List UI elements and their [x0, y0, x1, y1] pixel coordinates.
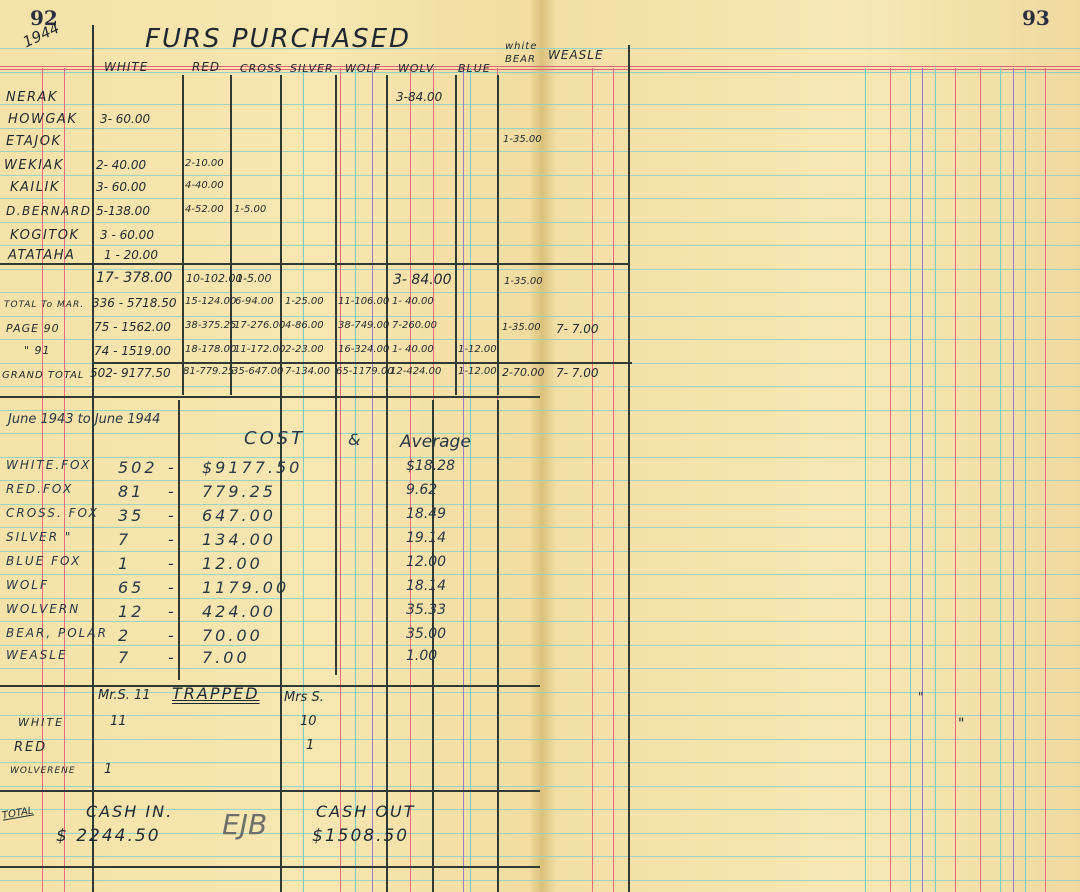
cell-red: 2-10.00 — [185, 158, 224, 169]
fur-name: RED.FOX — [6, 482, 73, 496]
trapped-fur: RED — [14, 740, 47, 755]
row-dash: - — [168, 554, 174, 573]
cell-white: 502- 9177.50 — [90, 366, 171, 380]
ruled-line — [0, 339, 1080, 340]
cell-silver: 2-23.00 — [285, 344, 324, 355]
ruled-line — [0, 527, 1080, 528]
ruled-line — [0, 833, 1080, 834]
ruled-line — [0, 739, 1080, 740]
ruled-line — [0, 480, 1080, 481]
trapped-mr-count: 11 — [110, 714, 127, 729]
col-header-blue: BLUE — [458, 62, 491, 75]
fur-count: 35 — [118, 506, 144, 525]
cost-header: COST — [244, 428, 305, 449]
row-dash: - — [168, 458, 174, 477]
cell-red: 4-52.00 — [185, 204, 224, 215]
cell-cross: 1-5.00 — [234, 204, 266, 215]
trapped-mrs-label: Mrs S. — [284, 690, 324, 705]
ruled-line — [0, 762, 1080, 763]
fur-cost: 779.25 — [202, 482, 276, 501]
col-header-cross: CROSS — [240, 62, 283, 75]
fur-count: 7 — [118, 648, 131, 667]
cell-bear: 1-35.00 — [502, 322, 541, 333]
cell-bear: 2-70.00 — [502, 366, 544, 379]
trader-name: ATATAHA — [8, 248, 75, 263]
col-header-wolv: WOLV — [398, 62, 434, 75]
trapped-title: TRAPPED — [172, 684, 260, 703]
row-dash: - — [168, 578, 174, 597]
col-header-weasle: WEASLE — [548, 48, 604, 62]
initials: EJB — [222, 808, 267, 841]
cell-white: 3- 60.00 — [100, 112, 150, 126]
trapped-fur: WOLVERENE — [10, 766, 76, 776]
fur-name: BEAR, POLAR — [6, 626, 108, 640]
cell-white: 2- 40.00 — [96, 158, 146, 172]
row-label: " 91 — [24, 344, 51, 357]
ruled-line — [0, 574, 1080, 575]
fur-count: 1 — [118, 554, 131, 573]
ditto-mark: " — [958, 716, 964, 732]
cell-wolv: 1- 40.00 — [392, 344, 434, 355]
cell-silver: 4-86.00 — [285, 320, 324, 331]
cell-bear: 1-35.00 — [503, 134, 542, 145]
ruled-line — [0, 292, 1080, 293]
ruled-line — [0, 551, 1080, 552]
total-rule — [0, 263, 630, 265]
fur-count: 2 — [118, 626, 131, 645]
fur-count: 12 — [118, 602, 144, 621]
trader-name: ETAJOK — [6, 134, 61, 149]
cell-red: 38-375.25 — [185, 320, 236, 331]
ditto-mark: " — [918, 690, 924, 704]
ruled-line — [0, 433, 1080, 434]
cell-white: 1 - 20.00 — [104, 248, 158, 262]
ruled-line — [0, 880, 1080, 881]
ruled-line — [0, 245, 1080, 246]
cell-wolv: 3- 84.00 — [393, 272, 452, 288]
fur-name: WOLVERN — [6, 602, 80, 616]
ruled-line — [0, 222, 1080, 223]
cash-in-label: CASH IN. — [86, 802, 173, 821]
cell-red: 18-178.00 — [185, 344, 236, 355]
fur-name: WHITE.FOX — [6, 458, 91, 472]
cell-wolv: 12-424.00 — [390, 366, 441, 377]
fur-average: 35.33 — [406, 602, 446, 618]
header-rule — [0, 66, 1080, 67]
cell-red: 81-779.25 — [183, 366, 234, 377]
cell-white: 336 - 5718.50 — [92, 296, 177, 310]
cash-in-value: $ 2244.50 — [56, 826, 161, 846]
cell-weasle: 7- 7.00 — [556, 366, 599, 380]
ink-column-line — [92, 25, 94, 892]
fur-count: 7 — [118, 530, 131, 549]
fur-average: $18.28 — [406, 458, 455, 474]
right-page-number: 93 — [1022, 6, 1050, 30]
row-dash: - — [168, 482, 174, 501]
ruled-line — [0, 856, 1080, 857]
cell-cross: 35-647.00 — [232, 366, 283, 377]
row-dash: - — [168, 648, 174, 667]
ruled-line — [0, 198, 1080, 199]
fur-name: CROSS. FOX — [6, 506, 99, 520]
col-header-bear: white BEAR — [505, 40, 541, 66]
trapped-mrs-count: 1 — [306, 738, 314, 753]
cell-white: 74 - 1519.00 — [94, 344, 171, 358]
fur-cost: 647.00 — [202, 506, 276, 525]
cell-wolv: 7-260.00 — [392, 320, 437, 331]
cell-silver: 7-134.00 — [285, 366, 330, 377]
row-dash: - — [168, 626, 174, 645]
trapped-mrs-count: 10 — [300, 714, 317, 729]
row-label: PAGE 90 — [6, 322, 60, 335]
row-dash: - — [168, 602, 174, 621]
cell-cross: 6-94.00 — [235, 296, 274, 307]
ruled-line — [0, 504, 1080, 505]
fur-cost: 424.00 — [202, 602, 276, 621]
year-note: 1944 — [20, 19, 62, 51]
ruled-line — [0, 621, 1080, 622]
fur-average: 12.00 — [406, 554, 446, 570]
col-header-wolf: WOLF — [345, 62, 381, 75]
trader-name: WEKIAK — [4, 158, 64, 173]
cell-white: 75 - 1562.00 — [94, 320, 171, 334]
page-title: FURS PURCHASED — [145, 24, 411, 54]
row-dash: - — [168, 506, 174, 525]
ruled-line — [0, 457, 1080, 458]
header-rule — [0, 72, 1080, 73]
fur-name: BLUE FOX — [6, 554, 81, 568]
fur-cost: $9177.50 — [202, 458, 302, 477]
ruled-line — [0, 316, 1080, 317]
fur-average: 19.14 — [406, 530, 446, 546]
cash-out-label: CASH OUT — [316, 802, 415, 821]
header-rule — [0, 69, 1080, 70]
ampersand: & — [348, 430, 360, 449]
trader-name: KOGITOK — [10, 228, 80, 243]
ruled-line — [0, 175, 1080, 176]
cell-white: 3 - 60.00 — [100, 228, 154, 242]
trapped-mr-count: 1 — [104, 762, 112, 777]
fur-count: 81 — [118, 482, 144, 501]
ruled-line — [0, 410, 1080, 411]
fur-cost: 70.00 — [202, 626, 263, 645]
ruled-line — [0, 786, 1080, 787]
fur-average: 18.14 — [406, 578, 446, 594]
cell-wolf: 16-324.00 — [338, 344, 389, 355]
fur-cost: 134.00 — [202, 530, 276, 549]
cell-blue: 1-12.00 — [458, 366, 497, 377]
trader-name: KAILIK — [10, 180, 60, 195]
ruled-line — [0, 151, 1080, 152]
cell-white: 17- 378.00 — [96, 270, 172, 286]
trader-name: D.BERNARD — [6, 204, 91, 218]
fur-name: WOLF — [6, 578, 49, 592]
col-header-silver: SILVER — [290, 62, 334, 75]
cell-silver: 1-25.00 — [285, 296, 324, 307]
fur-name: SILVER " — [6, 530, 72, 544]
ruled-line — [0, 128, 1080, 129]
cash-out-value: $1508.50 — [312, 826, 409, 846]
cell-red: 15-124.00 — [185, 296, 236, 307]
cell-white: 5-138.00 — [96, 204, 150, 218]
cell-red: 10-102.00 — [186, 272, 242, 285]
ruled-line — [0, 104, 1080, 105]
fur-count: 65 — [118, 578, 144, 597]
ruled-line — [0, 598, 1080, 599]
grand-total-rule — [0, 396, 540, 398]
cell-cross: 17-276.00 — [234, 320, 285, 331]
fur-count: 502 — [118, 458, 158, 477]
fur-average: 35.00 — [406, 626, 446, 642]
total-label: TOTAL — [1, 805, 34, 821]
fur-cost: 1179.00 — [202, 578, 289, 597]
trapped-fur: WHITE — [18, 716, 64, 729]
trapped-mr-label: Mr.S. 11 — [98, 688, 151, 703]
cell-blue: 1-12.00 — [458, 344, 497, 355]
cell-wolv: 3-84.00 — [396, 90, 442, 104]
col-header-white: WHITE — [104, 60, 148, 74]
cell-red: 4-40.00 — [185, 180, 224, 191]
col-header-red: RED — [192, 60, 220, 74]
row-dash: - — [168, 530, 174, 549]
fur-average: 1.00 — [406, 648, 437, 664]
fur-average: 9.62 — [406, 482, 437, 498]
fur-cost: 7.00 — [202, 648, 250, 667]
trader-name: NERAK — [6, 90, 58, 105]
fur-average: 18.49 — [406, 506, 446, 522]
cell-wolv: 1- 40.00 — [392, 296, 434, 307]
ruled-line — [0, 386, 1080, 387]
cell-white: 3- 60.00 — [96, 180, 146, 194]
cell-weasle: 7- 7.00 — [556, 322, 599, 336]
cell-cross: 11-172.00 — [234, 344, 285, 355]
ruled-line — [0, 668, 1080, 669]
row-label: TOTAL To MAR. — [4, 300, 84, 310]
period-label: June 1943 to June 1944 — [8, 412, 160, 427]
ruled-line — [0, 645, 1080, 646]
row-label: GRAND TOTAL — [2, 370, 84, 381]
cell-bear: 1-35.00 — [504, 276, 543, 287]
cell-wolf: 38-749.00 — [338, 320, 389, 331]
fur-cost: 12.00 — [202, 554, 263, 573]
cell-cross: 1-5.00 — [236, 272, 271, 285]
ink-column-line — [628, 45, 630, 892]
ruled-line — [0, 715, 1080, 716]
average-header: Average — [400, 432, 471, 452]
ledger-spread: 92 93 1944 FURS PURCHASED WHITE RED CROS… — [0, 0, 1080, 892]
cell-wolf: 11-106.00 — [338, 296, 389, 307]
cell-wolf: 65-1179.00 — [336, 366, 394, 377]
fur-name: WEASLE — [6, 648, 68, 662]
trader-name: HOWGAK — [8, 112, 77, 127]
